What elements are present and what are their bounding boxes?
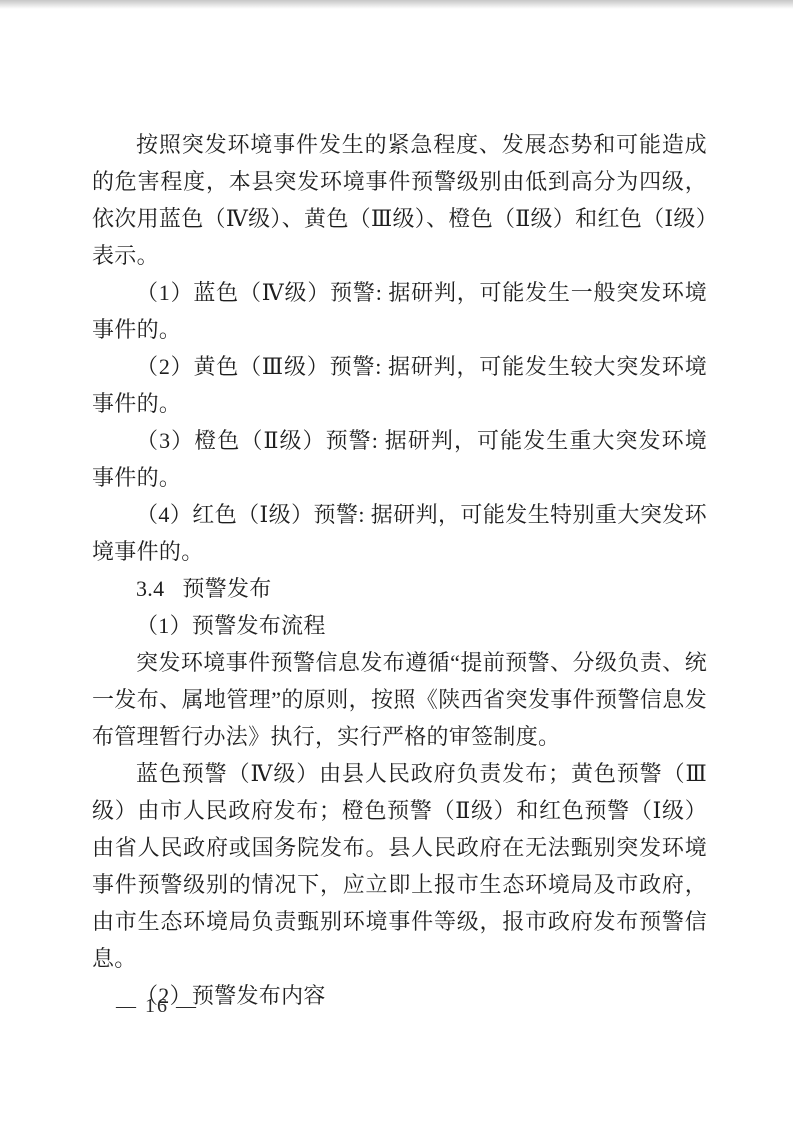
scan-edge-shadow (0, 0, 793, 9)
document-body: 按照突发环境事件发生的紧急程度、发展态势和可能造成的危害程度，本县突发环境事件预… (92, 126, 707, 1014)
paragraph: （2）黄色（Ⅲ级）预警: 据研判，可能发生较大突发环境事件的。 (92, 348, 707, 422)
paragraph: 按照突发环境事件发生的紧急程度、发展态势和可能造成的危害程度，本县突发环境事件预… (92, 126, 707, 274)
paragraph: （3）橙色（Ⅱ级）预警: 据研判，可能发生重大突发环境事件的。 (92, 422, 707, 496)
paragraph: （4）红色（Ⅰ级）预警: 据研判，可能发生特别重大突发环境事件的。 (92, 496, 707, 570)
page-number: — 16 — (116, 995, 198, 1017)
section-number: 3.4 (136, 576, 164, 601)
section-heading: 3.4预警发布 (92, 570, 707, 607)
section-title: 预警发布 (182, 576, 271, 601)
paragraph: （1）蓝色（Ⅳ级）预警: 据研判，可能发生一般突发环境事件的。 (92, 274, 707, 348)
paragraph: 蓝色预警（Ⅳ级）由县人民政府负责发布；黄色预警（Ⅲ级）由市人民政府发布；橙色预警… (92, 755, 707, 977)
page-footer: — 16 — (116, 995, 198, 1018)
paragraph: 突发环境事件预警信息发布遵循“提前预警、分级负责、统一发布、属地管理”的原则，按… (92, 644, 707, 755)
paragraph: （1）预警发布流程 (92, 607, 707, 644)
